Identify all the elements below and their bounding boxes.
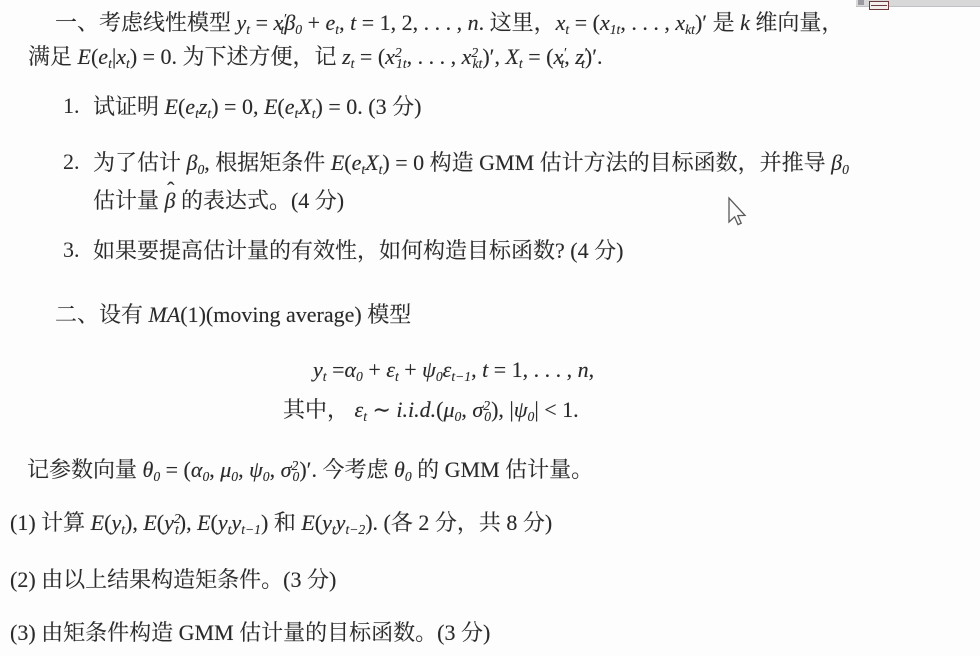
problem1-intro-line2: 满足 E(et|xt) = 0. 为下述方便，记 zt = (x21t, . .… — [28, 43, 603, 71]
mouse-cursor-icon — [724, 196, 748, 230]
item-2-text-line1: 为了估计 β0, 根据矩条件 E(etXt) = 0 构造 GMM 估计方法的目… — [93, 149, 849, 177]
item-3-number: 3. — [63, 237, 80, 263]
item-2-text-line2: 估计量 ˆβ 的表达式。(4 分) — [93, 187, 344, 215]
question-2: (2) 由以上结果构造矩条件。(3 分) — [10, 566, 336, 594]
item-1-text: 试证明 E(etzt) = 0, E(etXt) = 0. (3 分) — [93, 93, 421, 121]
problem2-header: 二、设有 MA(1)(moving average) 模型 — [55, 301, 411, 329]
problem1-intro-line1: 一、考虑线性模型 yt = x′tβ0 + et, t = 1, 2, . . … — [55, 9, 843, 37]
ma1-condition: 其中， εt ∼ i.i.d.(μ0, σ20), |ψ0| < 1. — [283, 396, 579, 424]
ma1-equation: yt =α0 + εt + ψ0εt−1, t = 1, . . . , n, — [313, 356, 594, 384]
item-3-text: 如果要提高估计量的有效性，如何构造目标函数? (4 分) — [93, 237, 623, 265]
item-2-number: 2. — [63, 149, 80, 175]
toolbar-fragment-mark — [858, 0, 864, 5]
parameter-paragraph: 记参数向量 θ0 = (α0, μ0, ψ0, σ20)′. 今考虑 θ0 的 … — [27, 456, 593, 484]
item-1-number: 1. — [63, 93, 80, 119]
window-icon-fragment[interactable] — [869, 1, 889, 10]
question-3: (3) 由矩条件构造 GMM 估计量的目标函数。(3 分) — [10, 619, 490, 647]
question-1: (1) 计算 E(yt), E(y2t), E(ytyt−1) 和 E(ytyt… — [10, 509, 552, 537]
